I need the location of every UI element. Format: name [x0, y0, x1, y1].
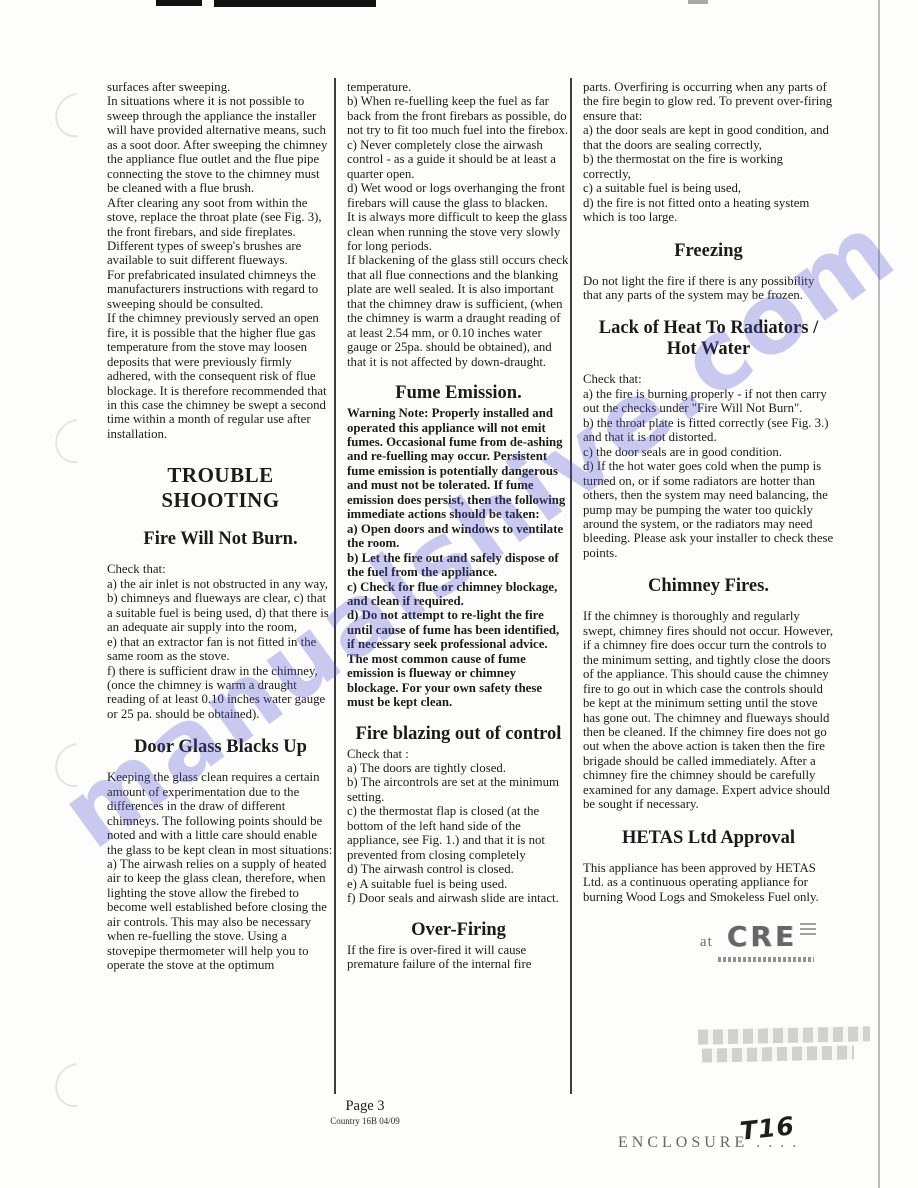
paragraph: b) The aircontrols are set at the minimu… — [347, 775, 570, 804]
paragraph: e) A suitable fuel is being used. — [347, 877, 570, 891]
scan-artifact-bar — [214, 0, 376, 7]
cre-fineprint-marks — [800, 920, 816, 938]
hole-punch-mark — [46, 734, 108, 796]
page-number: Page 3 — [255, 1098, 475, 1115]
paragraph: parts. Overfiring is occurring when any … — [583, 80, 834, 123]
paragraph: d) Wet wood or logs overhanging the fron… — [347, 181, 570, 210]
paragraph: c) Check for flue or chimney blockage, a… — [347, 580, 570, 609]
hole-punch-mark — [46, 1054, 108, 1116]
column-divider — [334, 78, 336, 1094]
paragraph: Do not light the fire if there is any po… — [583, 274, 834, 303]
cre-logo: CRE — [727, 920, 797, 953]
paragraph: d) Do not attempt to re-light the fire u… — [347, 608, 570, 651]
scan-artifact-bar — [156, 0, 202, 6]
hole-punch-mark — [46, 84, 108, 146]
section-heading: Lack of Heat To Radiators / Hot Water — [583, 318, 834, 360]
scan-edge-line — [878, 0, 880, 1188]
paragraph: If the chimney previously served an open… — [107, 311, 334, 441]
section-heading: Fire blazing out of control — [347, 724, 570, 745]
section-heading: Fume Emission. — [347, 383, 570, 404]
paragraph: f) Door seals and airwash slide are inta… — [347, 891, 570, 905]
paragraph: Keeping the glass clean requires a certa… — [107, 770, 334, 857]
section-heading: Chimney Fires. — [583, 576, 834, 597]
paragraph: Warning Note: Properly installed and ope… — [347, 406, 570, 522]
paragraph: Different types of sweep's brushes are a… — [107, 239, 334, 268]
handwritten-enclosure-number: T16 — [739, 1111, 797, 1146]
paragraph: a) the air inlet is not obstructed in an… — [107, 577, 334, 591]
paragraph: b) the thermostat on the fire is working… — [583, 152, 834, 181]
paragraph: surfaces after sweeping. — [107, 80, 334, 94]
paragraph: a) The airwash relies on a supply of hea… — [107, 857, 334, 973]
paragraph: temperature. — [347, 80, 570, 94]
paragraph: a) Open doors and windows to ventilate t… — [347, 522, 570, 551]
paragraph: If the chimney is thoroughly and regular… — [583, 609, 834, 811]
paragraph: a) the fire is burning properly - if not… — [583, 387, 834, 416]
text-column-right: parts. Overfiring is occurring when any … — [583, 80, 834, 962]
paragraph: d) the fire is not fitted onto a heating… — [583, 196, 834, 225]
paragraph: Check that: — [107, 562, 334, 576]
paragraph: In situations where it is not possible t… — [107, 94, 334, 195]
paragraph: b) chimneys and flueways are clear, c) t… — [107, 591, 334, 634]
approval-logo-row: atCRE — [583, 920, 816, 962]
paragraph: Check that : — [347, 747, 570, 761]
text-column-left: surfaces after sweeping.In situations wh… — [107, 80, 334, 973]
page-footer: Page 3 Country 16B 04/09 — [255, 1098, 475, 1126]
paragraph: d) If the hot water goes cold when the p… — [583, 459, 834, 560]
paragraph: b) the throat plate is fitted correctly … — [583, 416, 834, 445]
paragraph: c) the thermostat flap is closed (at the… — [347, 804, 570, 862]
paragraph: a) the door seals are kept in good condi… — [583, 123, 834, 152]
hole-punch-mark — [46, 410, 108, 472]
scan-artifact-bar — [688, 0, 708, 4]
enclosure-label: ENCLOSURE — [618, 1134, 748, 1151]
faded-stamp-overlay — [698, 1026, 870, 1045]
distressed-line — [718, 957, 814, 962]
text-column-middle: temperature.b) When re-fuelling keep the… — [347, 80, 570, 971]
section-heading: Freezing — [583, 241, 834, 262]
section-heading: Door Glass Blacks Up — [107, 737, 334, 758]
paragraph: b) When re-fuelling keep the fuel as far… — [347, 94, 570, 137]
paragraph: The most common cause of fume emission i… — [347, 652, 570, 710]
section-heading: Over-Firing — [347, 920, 570, 941]
paragraph: After clearing any soot from within the … — [107, 196, 334, 239]
paragraph: It is always more difficult to keep the … — [347, 210, 570, 253]
section-heading: Fire Will Not Burn. — [107, 529, 334, 550]
paragraph: If the fire is over-fired it will cause … — [347, 943, 570, 972]
paragraph: f) there is sufficient draw in the chimn… — [107, 664, 334, 722]
paragraph: e) that an extractor fan is not fitted i… — [107, 635, 334, 664]
paragraph: Check that: — [583, 372, 834, 386]
paragraph: If blackening of the glass still occurs … — [347, 253, 570, 369]
paragraph: b) Let the fire out and safely dispose o… — [347, 551, 570, 580]
paragraph: For prefabricated insulated chimneys the… — [107, 268, 334, 311]
faded-stamp-overlay — [702, 1045, 854, 1062]
paragraph: This appliance has been approved by HETA… — [583, 861, 834, 904]
paragraph: c) the door seals are in good condition. — [583, 445, 834, 459]
section-heading: TROUBLE SHOOTING — [107, 463, 334, 513]
scanned-manual-page: surfaces after sweeping.In situations wh… — [0, 0, 918, 1188]
doc-reference: Country 16B 04/09 — [255, 1116, 475, 1126]
column-divider — [570, 78, 572, 1094]
section-heading: HETAS Ltd Approval — [583, 828, 834, 849]
paragraph: c) a suitable fuel is being used, — [583, 181, 834, 195]
paragraph: a) The doors are tightly closed. — [347, 761, 570, 775]
paragraph: c) Never completely close the airwash co… — [347, 138, 570, 181]
at-label: at — [700, 934, 713, 950]
paragraph: d) The airwash control is closed. — [347, 862, 570, 876]
